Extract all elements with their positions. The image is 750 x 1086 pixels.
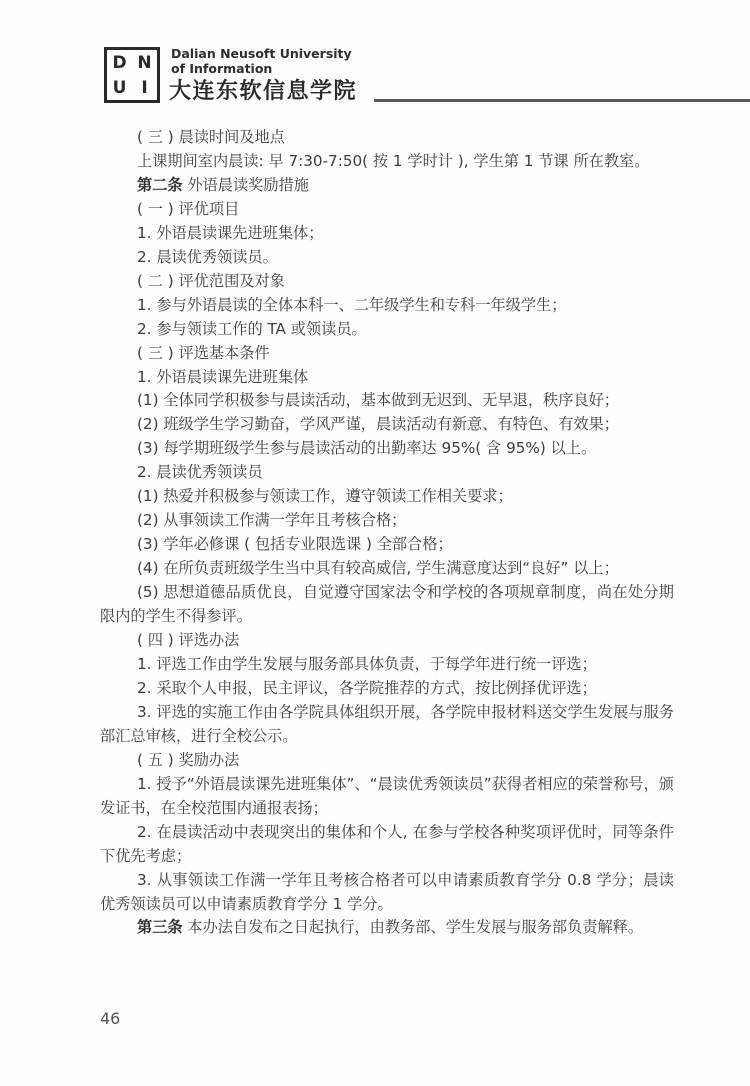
section-heading: ( 三 ) 晨读时间及地点: [100, 126, 674, 150]
list-item: 1. 授予“外语晨读课先进班集体”、“晨读优秀领读员”获得者相应的荣誉称号，颁发…: [100, 773, 674, 821]
sub-list-item: (2) 从事领读工作满一学年且考核合格；: [100, 509, 674, 533]
logo-letter: D: [107, 50, 132, 75]
article-title: 外语晨读奖励措施: [183, 176, 309, 194]
university-name-en: Dalian Neusoft University of Information: [171, 46, 352, 76]
list-item: 3. 从事领读工作满一学年且考核合格者可以申请素质教育学分 0.8 学分；晨读优…: [100, 869, 674, 917]
logo-letter: N: [132, 50, 157, 75]
page-number: 46: [100, 1009, 120, 1028]
list-item: 1. 外语晨读课先进班集体；: [100, 222, 674, 246]
university-name-cn: 大连东软信息学院: [169, 80, 357, 104]
list-item: 2. 参与领读工作的 TA 或领读员。: [100, 318, 674, 342]
list-item: 2. 晨读优秀领读员。: [100, 246, 674, 270]
article-heading: 第二条 外语晨读奖励措施: [100, 174, 674, 198]
article-paragraph: 第三条 本办法自发布之日起执行，由教务部、学生发展与服务部负责解释。: [100, 916, 674, 940]
paragraph: 上课期间室内晨读: 早 7:30-7:50( 按 1 学时计 ), 学生第 1 …: [100, 150, 674, 174]
sub-list-item: (4) 在所负责班级学生当中具有较高威信, 学生满意度达到“良好” 以上；: [100, 557, 674, 581]
section-heading: ( 二 ) 评优范围及对象: [100, 270, 674, 294]
sub-list-item: (1) 全体同学积极参与晨读活动，基本做到无迟到、无早退，秩序良好；: [100, 389, 674, 413]
university-name-en-line1: Dalian Neusoft University: [171, 46, 352, 61]
list-item: 2. 采取个人申报，民主评议，各学院推荐的方式，按比例择优评选；: [100, 677, 674, 701]
list-item: 2. 在晨读活动中表现突出的集体和个人, 在参与学校各种奖项评优时，同等条件下优…: [100, 821, 674, 869]
sub-list-item: (3) 每学期班级学生参与晨读活动的出勤率达 95%( 含 95%) 以上。: [100, 437, 674, 461]
section-heading: ( 五 ) 奖励办法: [100, 749, 674, 773]
list-item: 3. 评选的实施工作由各学院具体组织开展，各学院申报材料送交学生发展与服务部汇总…: [100, 701, 674, 749]
article-label: 第二条: [137, 176, 183, 194]
section-heading: ( 一 ) 评优项目: [100, 198, 674, 222]
sub-list-item: (5) 思想道德品质优良，自觉遵守国家法令和学校的各项规章制度，尚在处分期限内的…: [100, 581, 674, 629]
article-label: 第三条: [137, 918, 183, 936]
list-item: 1. 评选工作由学生发展与服务部具体负责，于每学年进行统一评选；: [100, 653, 674, 677]
university-logo: D N U I: [104, 47, 160, 103]
section-heading: ( 三 ) 评选基本条件: [100, 342, 674, 366]
university-name-en-line2: of Information: [171, 61, 352, 76]
sub-list-item: (3) 学年必修课 ( 包括专业限选课 ) 全部合格；: [100, 533, 674, 557]
article-text: 本办法自发布之日起执行，由教务部、学生发展与服务部负责解释。: [183, 918, 643, 936]
section-heading: ( 四 ) 评选办法: [100, 629, 674, 653]
list-item: 1. 外语晨读课先进班集体: [100, 366, 674, 390]
sub-list-item: (1) 热爱并积极参与领读工作，遵守领读工作相关要求；: [100, 485, 674, 509]
list-item: 2. 晨读优秀领读员: [100, 461, 674, 485]
logo-letter: U: [107, 75, 132, 100]
list-item: 1. 参与外语晨读的全体本科一、二年级学生和专科一年级学生；: [100, 294, 674, 318]
sub-list-item: (2) 班级学生学习勤奋，学风严谨，晨读活动有新意、有特色、有效果；: [100, 413, 674, 437]
logo-letter: I: [132, 75, 157, 100]
document-body: ( 三 ) 晨读时间及地点 上课期间室内晨读: 早 7:30-7:50( 按 1…: [100, 126, 674, 940]
header-divider: [374, 99, 750, 102]
